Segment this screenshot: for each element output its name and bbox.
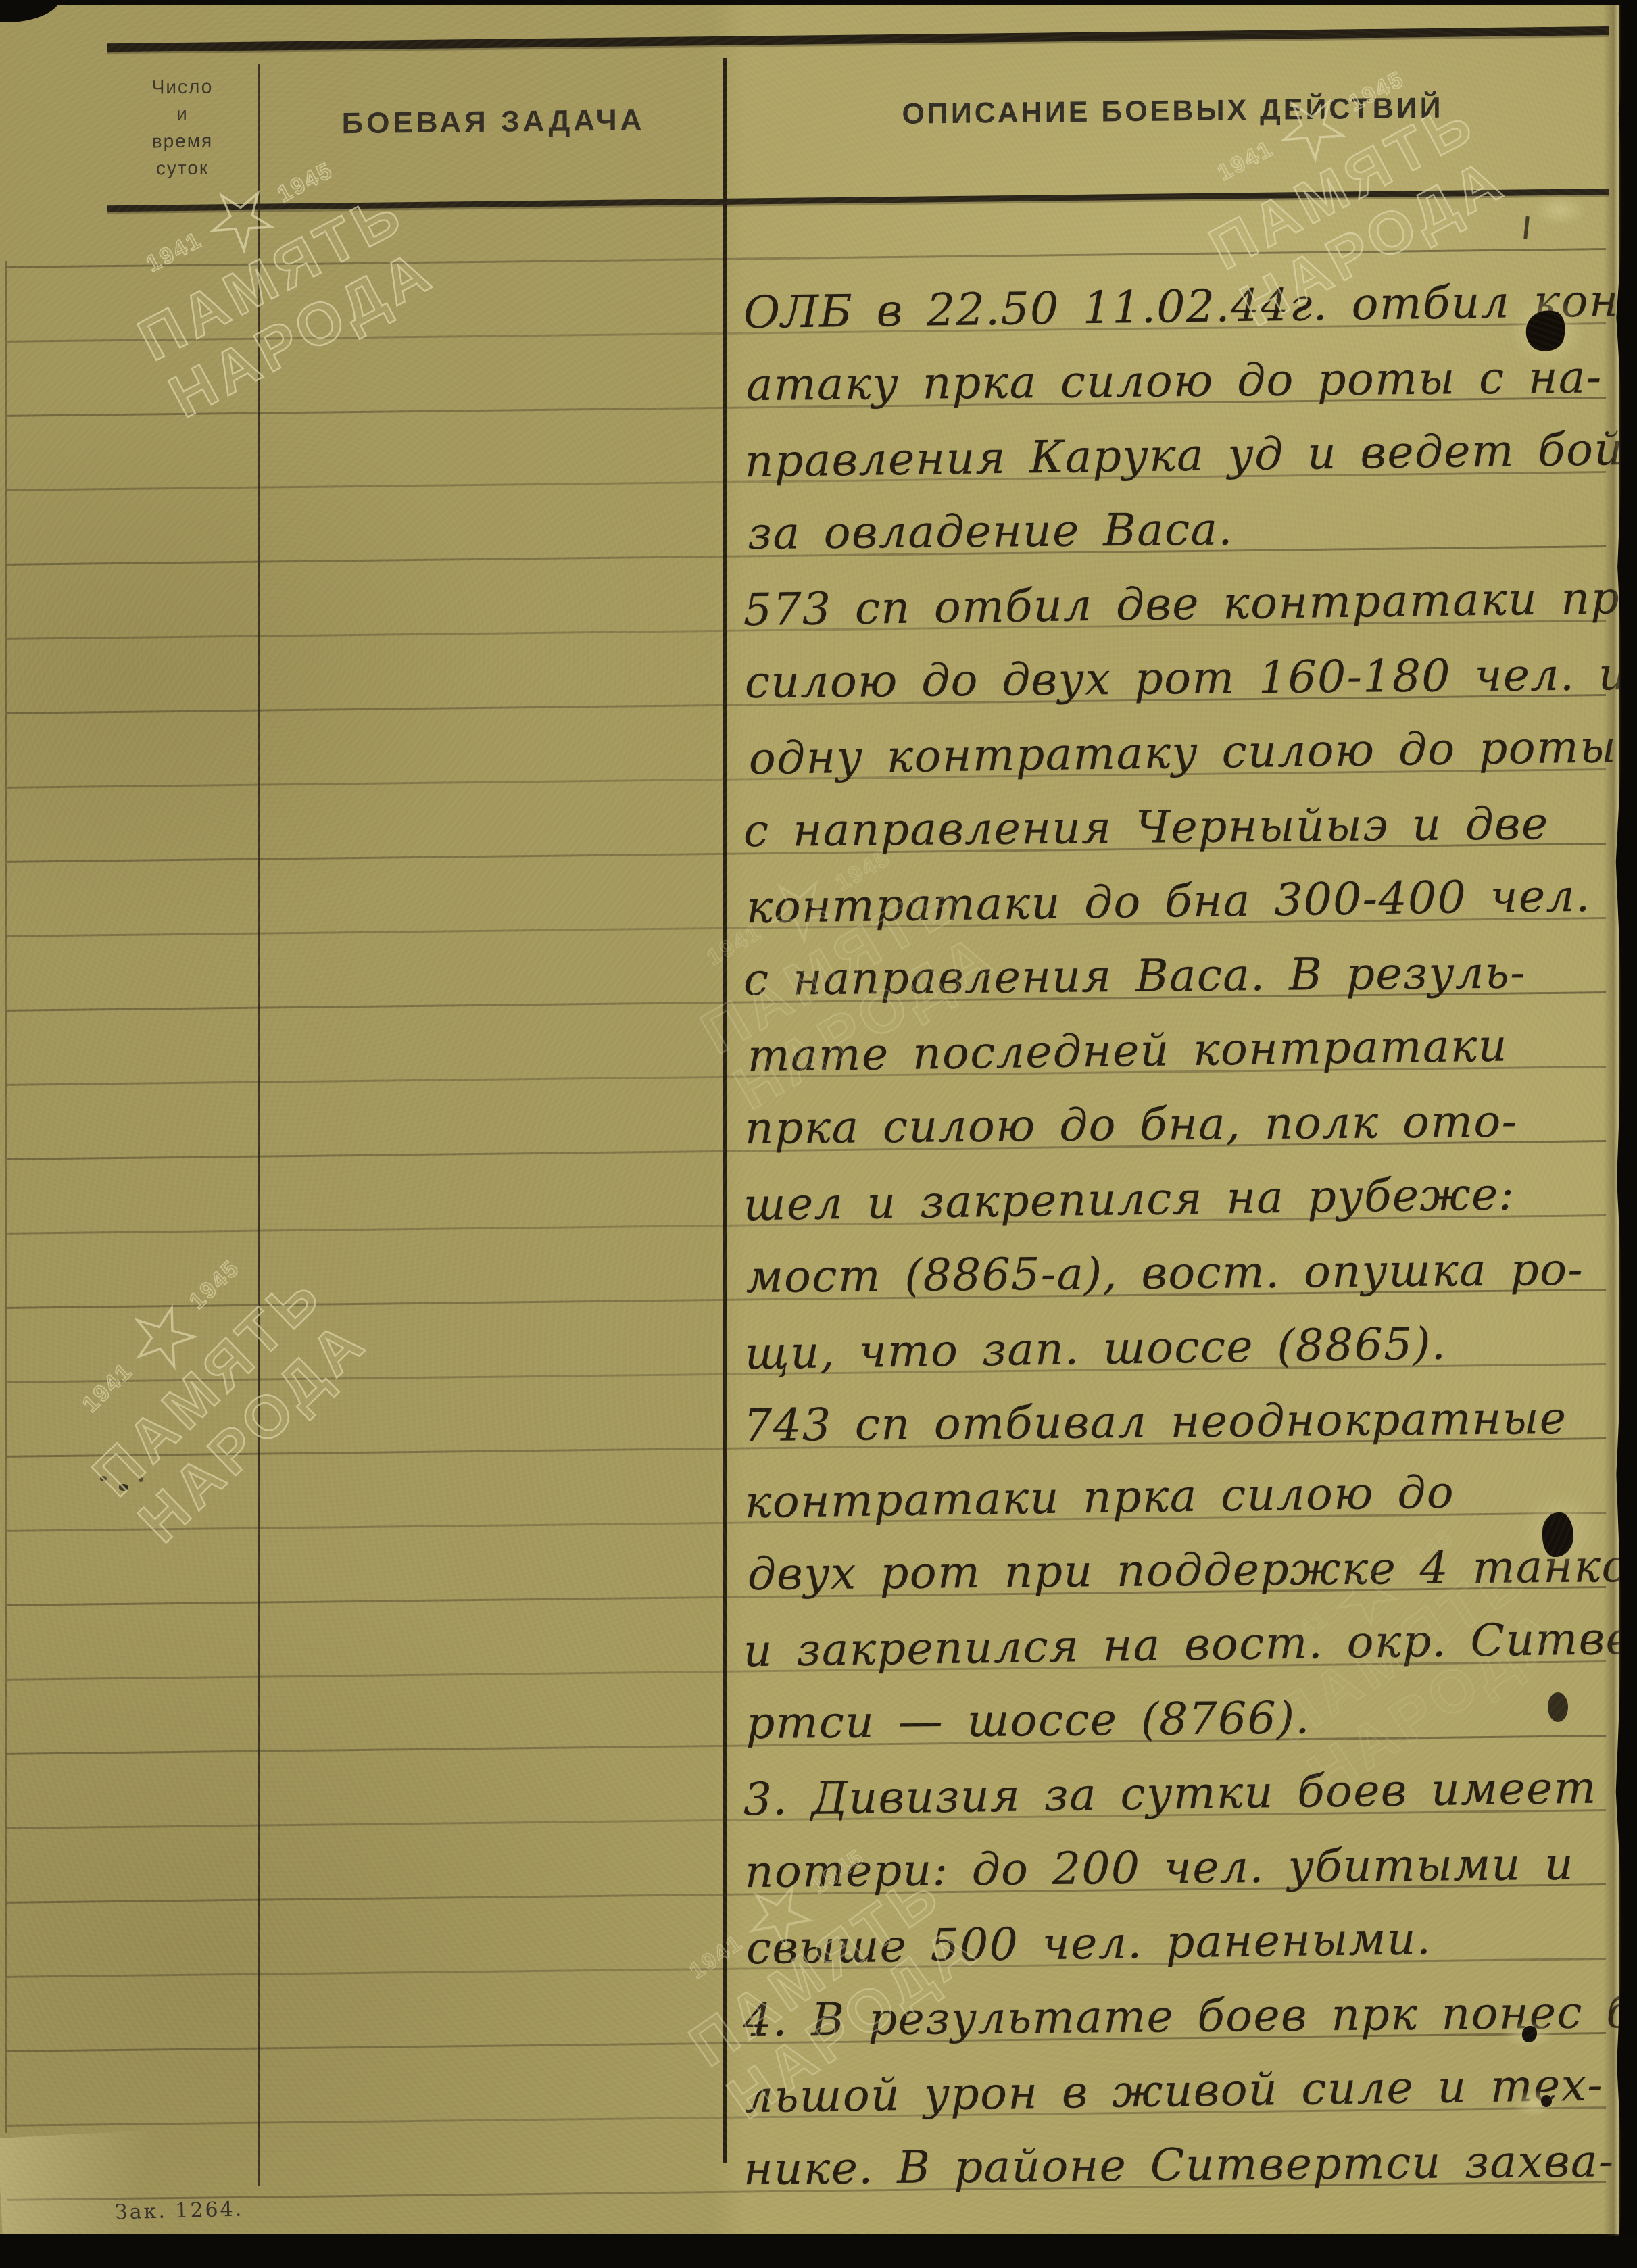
table-top-border <box>107 26 1609 52</box>
scan-edge-top <box>0 0 1637 5</box>
journal-entry-line: 3. Дивизия за сутки боев имеет <box>743 1754 1619 1833</box>
journal-entry-line: силою до двух рот 160-180 чел. и <box>745 641 1619 716</box>
journal-entry-line: мост (8865-а), вост. опушка ро- <box>746 1235 1619 1311</box>
journal-entry-line: правления Карука уд и ведет бой <box>745 416 1619 495</box>
column-header-date: Число и время суток <box>112 73 253 182</box>
journal-entry-line: контратаки до бна 300-400 чел. <box>746 862 1619 941</box>
journal-entry-line: 4. В результате боев прк понес бо- <box>743 1979 1619 2054</box>
column-header-date-line: и <box>112 100 253 128</box>
journal-entry-line: потери: до 200 чел. убитыми и <box>745 1830 1619 1906</box>
scan-edge-bottom <box>0 2233 1637 2268</box>
paper-sheet: Число и время суток БОЕВАЯ ЗАДАЧА ОПИСАН… <box>0 4 1619 2234</box>
column-header-date-line: время <box>112 127 253 155</box>
column-header-description: ОПИСАНИЕ БОЕВЫХ ДЕЙСТВИЙ <box>767 91 1578 133</box>
journal-entry-line: контратаки прка силою до <box>745 1456 1619 1536</box>
journal-entry-line: за овладение Васа. <box>748 492 1619 568</box>
journal-entry-line: двух рот при поддержке 4 танков <box>748 1533 1619 1608</box>
column-header-date-line: суток <box>112 154 253 182</box>
table-content: Число и время суток БОЕВАЯ ЗАДАЧА ОПИСАН… <box>0 4 1619 2234</box>
journal-entry-line: ртси — шоссе (8766). <box>746 1681 1619 1757</box>
journal-entry-line: тате последней контратаки <box>748 1010 1619 1090</box>
journal-entry-line: и закрепился на вост. окр. Ситве- <box>743 1605 1619 1685</box>
journal-entry-line: с направления Черныйыэ и две <box>743 789 1619 865</box>
header-separator-line <box>107 189 1609 212</box>
journal-entry-line: одну контратаку силою до роты <box>749 713 1619 793</box>
journal-entry-line: прка силою до бна, полк ото- <box>745 1087 1619 1162</box>
journal-entry-line: шел и закрепился на рубеже: <box>743 1159 1619 1239</box>
ruled-line <box>7 248 1606 268</box>
column-divider-task-description <box>723 58 727 2163</box>
column-divider-date-task <box>258 64 260 2186</box>
journal-entry-line: свыше 500 чел. ранеными. <box>746 1902 1619 1982</box>
column-header-date-line: Число <box>112 73 253 101</box>
journal-page-scan: Число и время суток БОЕВАЯ ЗАДАЧА ОПИСАН… <box>0 0 1637 2268</box>
journal-entry-line: 743 сп отбивал неоднократные <box>743 1384 1619 1460</box>
table-left-border <box>5 261 7 2133</box>
journal-entry-line: ОЛБ в 22.50 11.02.44г. отбил контр- <box>743 267 1619 347</box>
journal-entry-line: щи, что зап. шоссе (8865). <box>745 1308 1619 1387</box>
journal-entry-line: льшой урон в живой силе и тех- <box>745 2051 1619 2131</box>
column-header-task: БОЕВАЯ ЗАДАЧА <box>264 103 723 142</box>
journal-entry-line: с направления Васа. В резуль- <box>743 938 1619 1014</box>
journal-entry-line: 573 сп отбил две контратаки прка <box>743 564 1619 644</box>
print-order-number: Зак. 1264. <box>115 2198 244 2225</box>
journal-entry-line: нике. В районе Ситвертси захва- <box>743 2127 1619 2203</box>
journal-entry-line: атаку прка силою до роты с на- <box>746 343 1619 419</box>
